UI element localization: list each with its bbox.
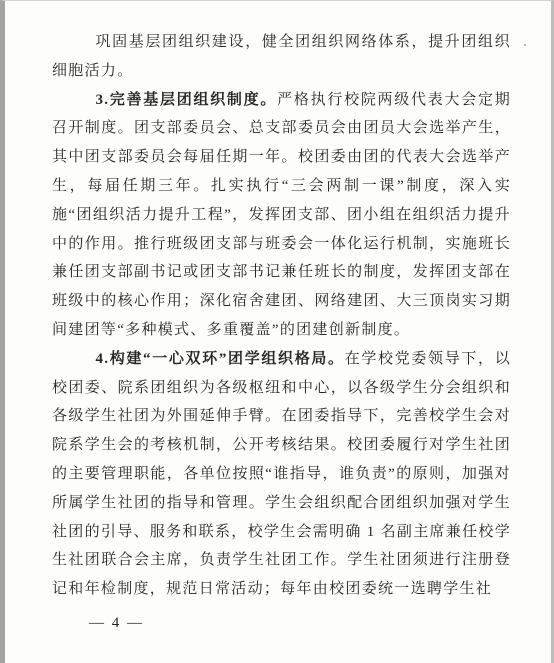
paragraph-3: 4.构建“一心双环”团学组织格局。在学校党委领导下，以校团委、院系团组织为各级枢… xyxy=(52,345,511,604)
paragraph-1: 巩固基层团组织建设，健全团组织网络体系，提升团组织细胞活力。 xyxy=(52,28,511,86)
paragraph-3-text: 在学校党委领导下，以校团委、院系团组织为各级枢纽和中心，以各级学生分会组织和各级… xyxy=(52,351,511,597)
paragraph-2-lead: 3.完善基层团组织制度。 xyxy=(96,92,278,108)
paragraph-1-text: 巩固基层团组织建设，健全团组织网络体系，提升团组织细胞活力。 xyxy=(52,34,511,79)
page-number: — 4 — xyxy=(89,615,144,632)
paragraph-3-lead: 4.构建“一心双环”团学组织格局。 xyxy=(96,351,345,367)
document-body: 巩固基层团组织建设，健全团组织网络体系，提升团组织细胞活力。 3.完善基层团组织… xyxy=(52,28,511,604)
paragraph-2-text: 严格执行校院两级代表大会定期召开制度。团支部委员会、总支部委员会由团员大会选举产… xyxy=(52,92,511,338)
scanned-document-page: 巩固基层团组织建设，健全团组织网络体系，提升团组织细胞活力。 3.完善基层团组织… xyxy=(0,0,554,663)
scan-artifact-speck xyxy=(524,44,526,46)
paragraph-2: 3.完善基层团组织制度。严格执行校院两级代表大会定期召开制度。团支部委员会、总支… xyxy=(52,86,511,345)
